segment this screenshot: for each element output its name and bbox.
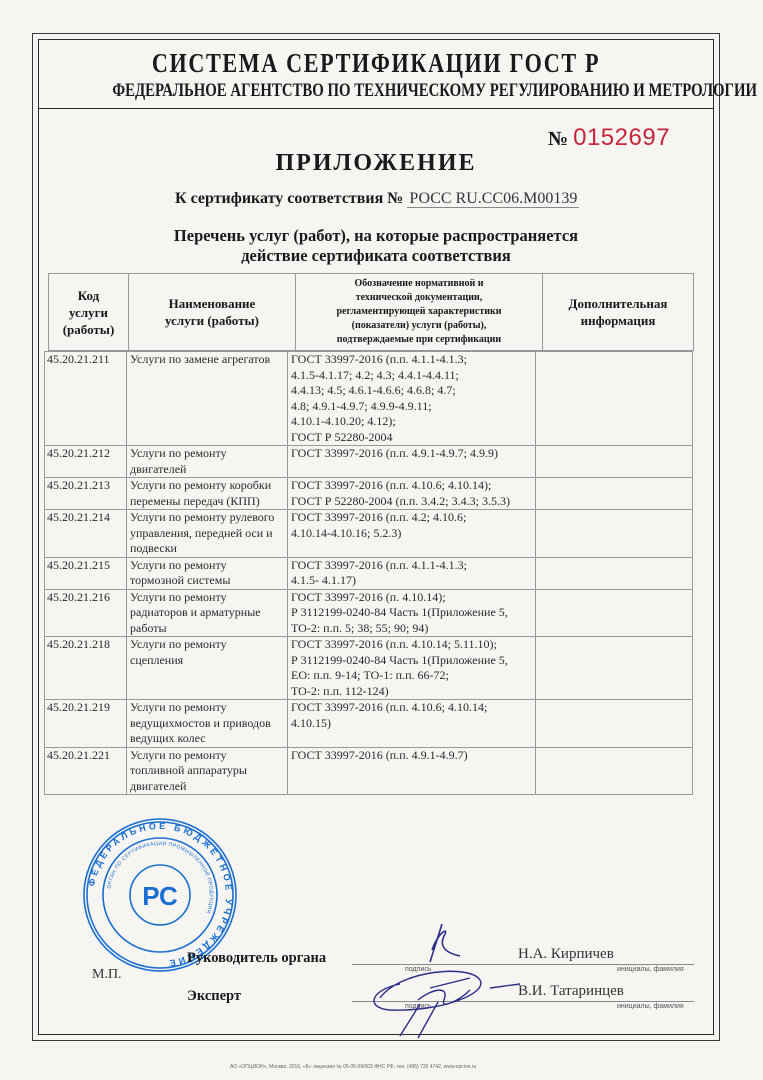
expert-name: В.И. Татаринцев xyxy=(518,983,624,1000)
cell-additional-info xyxy=(536,510,692,557)
cell-documents: ГОСТ 33997-2016 (п.п. 4.9.1-4.9.7) xyxy=(288,748,536,795)
column-header-additional-info: Дополнительная информация xyxy=(543,274,693,350)
cell-name: Услуги по ремонту рулевого управления, п… xyxy=(127,510,288,557)
cell-documents: ГОСТ 33997-2016 (п.п. 4.1.1-4.1.3; 4.1.5… xyxy=(288,352,536,445)
services-table-body: 45.20.21.211Услуги по замене агрегатовГО… xyxy=(44,351,693,795)
cell-documents: ГОСТ 33997-2016 (п.п. 4.2; 4.10.6; 4.10.… xyxy=(288,510,536,557)
cell-additional-info xyxy=(536,352,692,445)
table-row: 45.20.21.218Услуги по ремонту сцепленияГ… xyxy=(45,637,692,700)
table-row: 45.20.21.211Услуги по замене агрегатовГО… xyxy=(45,351,692,446)
cell-name: Услуги по ремонту двигателей xyxy=(127,446,288,477)
expert-role-label: Эксперт xyxy=(187,988,241,1005)
certificate-label: К сертификату соответствия № xyxy=(175,190,403,207)
cell-name: Услуги по замене агрегатов xyxy=(127,352,288,445)
head-name-line xyxy=(516,964,694,965)
table-row: 45.20.21.213Услуги по ремонту коробки пе… xyxy=(45,478,692,510)
cell-additional-info xyxy=(536,478,692,509)
table-row: 45.20.21.212Услуги по ремонту двигателей… xyxy=(45,446,692,478)
cell-documents: ГОСТ 33997-2016 (п.п. 4.10.6; 4.10.14; 4… xyxy=(288,700,536,747)
cell-additional-info xyxy=(536,590,692,637)
cell-documents: ГОСТ 33997-2016 (п.п. 4.10.6; 4.10.14); … xyxy=(288,478,536,509)
expert-name-caption: инициалы, фамилия xyxy=(617,1003,684,1010)
cell-name: Услуги по ремонту сцепления xyxy=(127,637,288,699)
blank-number-prefix: № xyxy=(548,128,568,150)
certificate-reference: К сертификату соответствия № РОСС RU.СС0… xyxy=(175,190,579,208)
head-role-label: Руководитель органа xyxy=(187,950,326,967)
cell-name: Услуги по ремонту радиаторов и арматурны… xyxy=(127,590,288,637)
cell-code: 45.20.21.218 xyxy=(45,637,127,699)
cell-additional-info xyxy=(536,446,692,477)
cell-code: 45.20.21.219 xyxy=(45,700,127,747)
cell-documents: ГОСТ 33997-2016 (п.п. 4.9.1-4.9.7; 4.9.9… xyxy=(288,446,536,477)
expert-signature-icon xyxy=(360,960,520,1040)
cell-name: Услуги по ремонту топливной аппаратуры д… xyxy=(127,748,288,795)
cell-name: Услуги по ремонту коробки перемены перед… xyxy=(127,478,288,509)
agency-name: ФЕДЕРАЛЬНОЕ АГЕНТСТВО ПО ТЕХНИЧЕСКОМУ РЕ… xyxy=(112,80,639,102)
column-header-code: Код услуги (работы) xyxy=(49,274,129,350)
cell-documents: ГОСТ 33997-2016 (п. 4.10.14); Р 3112199-… xyxy=(288,590,536,637)
table-row: 45.20.21.216Услуги по ремонту радиаторов… xyxy=(45,590,692,638)
cell-name: Услуги по ремонту тормозной системы xyxy=(127,558,288,589)
cell-additional-info xyxy=(536,637,692,699)
certificate-number: РОСС RU.СС06.М00139 xyxy=(407,190,579,208)
printer-footer: АО «ОПЦИОН», Москва, 2016, «Б» лицензия … xyxy=(230,1064,476,1070)
cell-code: 45.20.21.213 xyxy=(45,478,127,509)
cell-name: Услуги по ремонту ведущихмостов и привод… xyxy=(127,700,288,747)
table-header: Код услуги (работы) Наименование услуги … xyxy=(48,273,694,351)
cell-code: 45.20.21.211 xyxy=(45,352,127,445)
blank-number-value: 0152697 xyxy=(573,124,670,151)
table-row: 45.20.21.214Услуги по ремонту рулевого у… xyxy=(45,510,692,558)
table-row: 45.20.21.215Услуги по ремонту тормозной … xyxy=(45,558,692,590)
cell-code: 45.20.21.214 xyxy=(45,510,127,557)
head-name-caption: инициалы, фамилия xyxy=(617,966,684,973)
head-name: Н.А. Кирпичев xyxy=(518,946,614,963)
cell-code: 45.20.21.215 xyxy=(45,558,127,589)
system-title: СИСТЕМА СЕРТИФИКАЦИИ ГОСТ Р xyxy=(99,48,653,79)
scope-title-line1: Перечень услуг (работ), на которые распр… xyxy=(38,226,714,246)
seal-label: М.П. xyxy=(92,967,122,983)
cell-additional-info xyxy=(536,748,692,795)
table-row: 45.20.21.219Услуги по ремонту ведущихмос… xyxy=(45,700,692,748)
table-row: 45.20.21.221Услуги по ремонту топливной … xyxy=(45,748,692,796)
cell-code: 45.20.21.212 xyxy=(45,446,127,477)
appendix-title: ПРИЛОЖЕНИЕ xyxy=(38,150,714,177)
column-header-name: Наименование услуги (работы) xyxy=(129,274,296,350)
cell-documents: ГОСТ 33997-2016 (п.п. 4.10.14; 5.11.10);… xyxy=(288,637,536,699)
header-divider xyxy=(38,108,714,109)
cell-additional-info xyxy=(536,700,692,747)
expert-name-line xyxy=(516,1001,694,1002)
blank-number: № 0152697 xyxy=(548,124,670,152)
column-header-documents: Обозначение нормативной и технической до… xyxy=(296,274,543,350)
scope-title: Перечень услуг (работ), на которые распр… xyxy=(38,226,714,266)
svg-text:РС: РС xyxy=(142,881,178,911)
cell-code: 45.20.21.221 xyxy=(45,748,127,795)
scope-title-line2: действие сертификата соответствия xyxy=(38,246,714,266)
cell-code: 45.20.21.216 xyxy=(45,590,127,637)
cell-documents: ГОСТ 33997-2016 (п.п. 4.1.1-4.1.3; 4.1.5… xyxy=(288,558,536,589)
cell-additional-info xyxy=(536,558,692,589)
